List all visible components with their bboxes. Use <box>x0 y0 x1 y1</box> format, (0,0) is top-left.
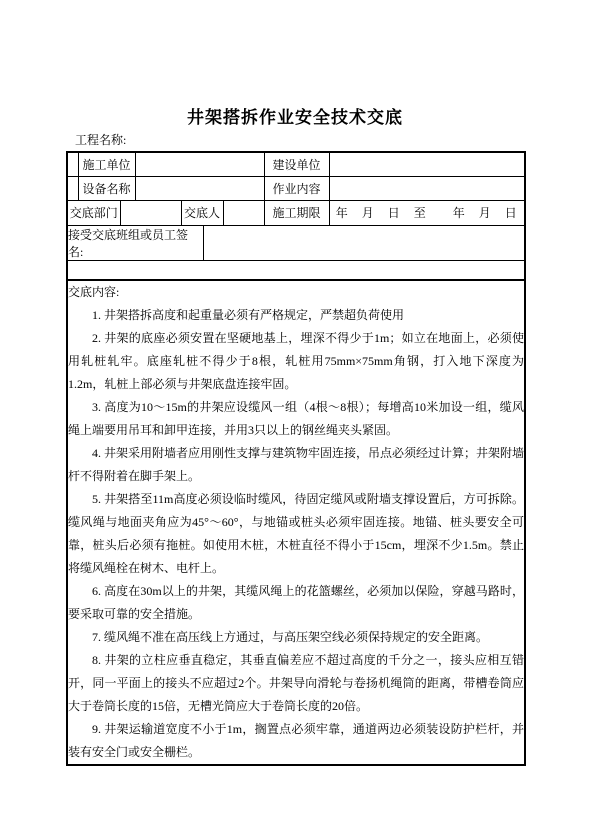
disclosure-department-label: 交底部门 <box>67 200 120 225</box>
disclosure-content-heading: 交底内容: <box>68 281 524 304</box>
disclosure-paragraph-7: 7. 缆风绳不准在高压线上方通过，与高压架空线必须保持规定的安全距离。 <box>68 626 524 649</box>
row-signature: 接受交底班组或员工签名: <box>67 225 525 260</box>
document-page: 井架搭拆作业安全技术交底 工程名称: 施工单位 建设单位 设备名称 作业内容 <box>0 0 590 835</box>
work-content-value-cell <box>329 176 525 200</box>
disclosure-department-value-cell <box>120 200 181 225</box>
signature-label: 接受交底班组或员工签名: <box>67 225 203 260</box>
row-empty-spacer <box>67 260 525 280</box>
row-construction-unit: 施工单位 建设单位 <box>67 152 525 176</box>
row-disclosure-dept: 交底部门 交底人 施工期限 年 月 日 至 年 月 日 <box>67 200 525 225</box>
equipment-name-label: 设备名称 <box>78 176 135 200</box>
equipment-name-value-cell <box>135 176 264 200</box>
construction-unit-label: 施工单位 <box>78 152 135 176</box>
disclosure-form-table: 施工单位 建设单位 设备名称 作业内容 交底部门 交底人 施工期限 年 月 日 … <box>66 151 526 766</box>
construction-period-value-cell: 年 月 日 至 年 月 日 <box>329 200 525 225</box>
development-unit-value-cell <box>329 152 525 176</box>
page-title: 井架搭拆作业安全技术交底 <box>0 103 590 128</box>
left-spacer-cell <box>67 152 78 176</box>
disclosure-paragraph-9: 9. 井架运输道宽度不小于1m，搁置点必须牢靠，通道两边必须装设防护栏杆，并装有… <box>68 718 524 764</box>
disclosure-paragraph-1: 1. 井架搭拆高度和起重量必须有严格规定，严禁超负荷使用 <box>68 304 524 327</box>
work-content-label: 作业内容 <box>264 176 329 200</box>
signature-value-cell <box>203 225 525 260</box>
disclosure-paragraph-6: 6. 高度在30m以上的井架，其缆风绳上的花篮螺丝，必须加以保险，穿越马路时，要… <box>68 580 524 626</box>
empty-spacer-cell <box>67 260 525 280</box>
left-spacer-cell <box>67 176 78 200</box>
disclosure-paragraph-5: 5. 井架搭至11m高度必须设临时缆风，待固定缆风或附墙支撑设置后，方可拆除。缆… <box>68 488 524 580</box>
construction-unit-value-cell <box>135 152 264 176</box>
development-unit-label: 建设单位 <box>264 152 329 176</box>
disclosure-paragraph-2: 2. 井架的底座必须安置在坚硬地基上，埋深不得少于1m；如立在地面上，必须使用轧… <box>68 327 524 396</box>
construction-period-label: 施工期限 <box>264 200 329 225</box>
disclosure-paragraph-4: 4. 井架采用附墙者应用刚性支撑与建筑物牢固连接，吊点必须经过计算；井架附墙杆不… <box>68 442 524 488</box>
discloser-label: 交底人 <box>181 200 223 225</box>
discloser-value-cell <box>223 200 264 225</box>
project-name-label: 工程名称: <box>75 131 126 148</box>
disclosure-content-cell: 交底内容: 1. 井架搭拆高度和起重量必须有严格规定，严禁超负荷使用 2. 井架… <box>67 280 525 765</box>
disclosure-paragraph-3: 3. 高度为10～15m的井架应设缆风一组（4根～8根）；每增高10米加设一组，… <box>68 396 524 442</box>
disclosure-paragraph-8: 8. 井架的立柱应垂直稳定，其垂直偏差应不超过高度的千分之一，接头应相互错开，同… <box>68 649 524 718</box>
row-equipment-name: 设备名称 作业内容 <box>67 176 525 200</box>
row-disclosure-content: 交底内容: 1. 井架搭拆高度和起重量必须有严格规定，严禁超负荷使用 2. 井架… <box>67 280 525 765</box>
